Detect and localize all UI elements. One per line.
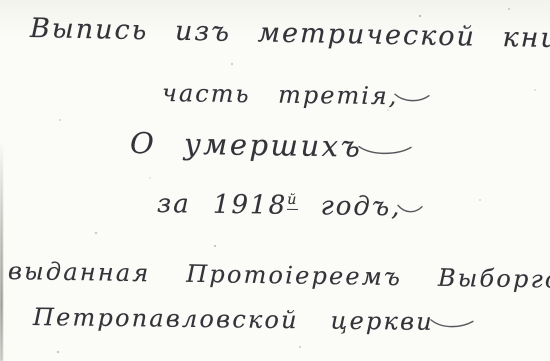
year-superscript: й [287, 192, 298, 210]
flourish-stroke [430, 316, 474, 331]
part-text: часть третія, [162, 79, 399, 110]
part-line: часть третія, [162, 79, 431, 111]
document-page: Выпись изъ метрической книги, часть трет… [0, 0, 550, 361]
binding-edge-shadow [0, 140, 3, 361]
church-line: Петропавловской церкви [33, 303, 474, 336]
title-text: Выпись изъ метрической книги, [30, 13, 550, 55]
issued-by-text: выданная Протоіереемъ Выборгской [8, 257, 550, 294]
year-prefix-text: за 1918 [157, 189, 288, 221]
flourish-stroke [394, 90, 430, 105]
issued-by-line: выданная Протоіереемъ Выборгской [8, 257, 550, 295]
year-line: за 1918й годъ, [157, 189, 424, 223]
church-text: Петропавловской церкви [33, 303, 434, 336]
flourish-stroke [397, 201, 423, 215]
section-line: О умершихъ [130, 126, 413, 164]
year-suffix-text: годъ, [298, 191, 402, 222]
flourish-stroke [358, 143, 412, 158]
title-line: Выпись изъ метрической книги, [30, 13, 550, 56]
section-text: О умершихъ [130, 126, 363, 164]
